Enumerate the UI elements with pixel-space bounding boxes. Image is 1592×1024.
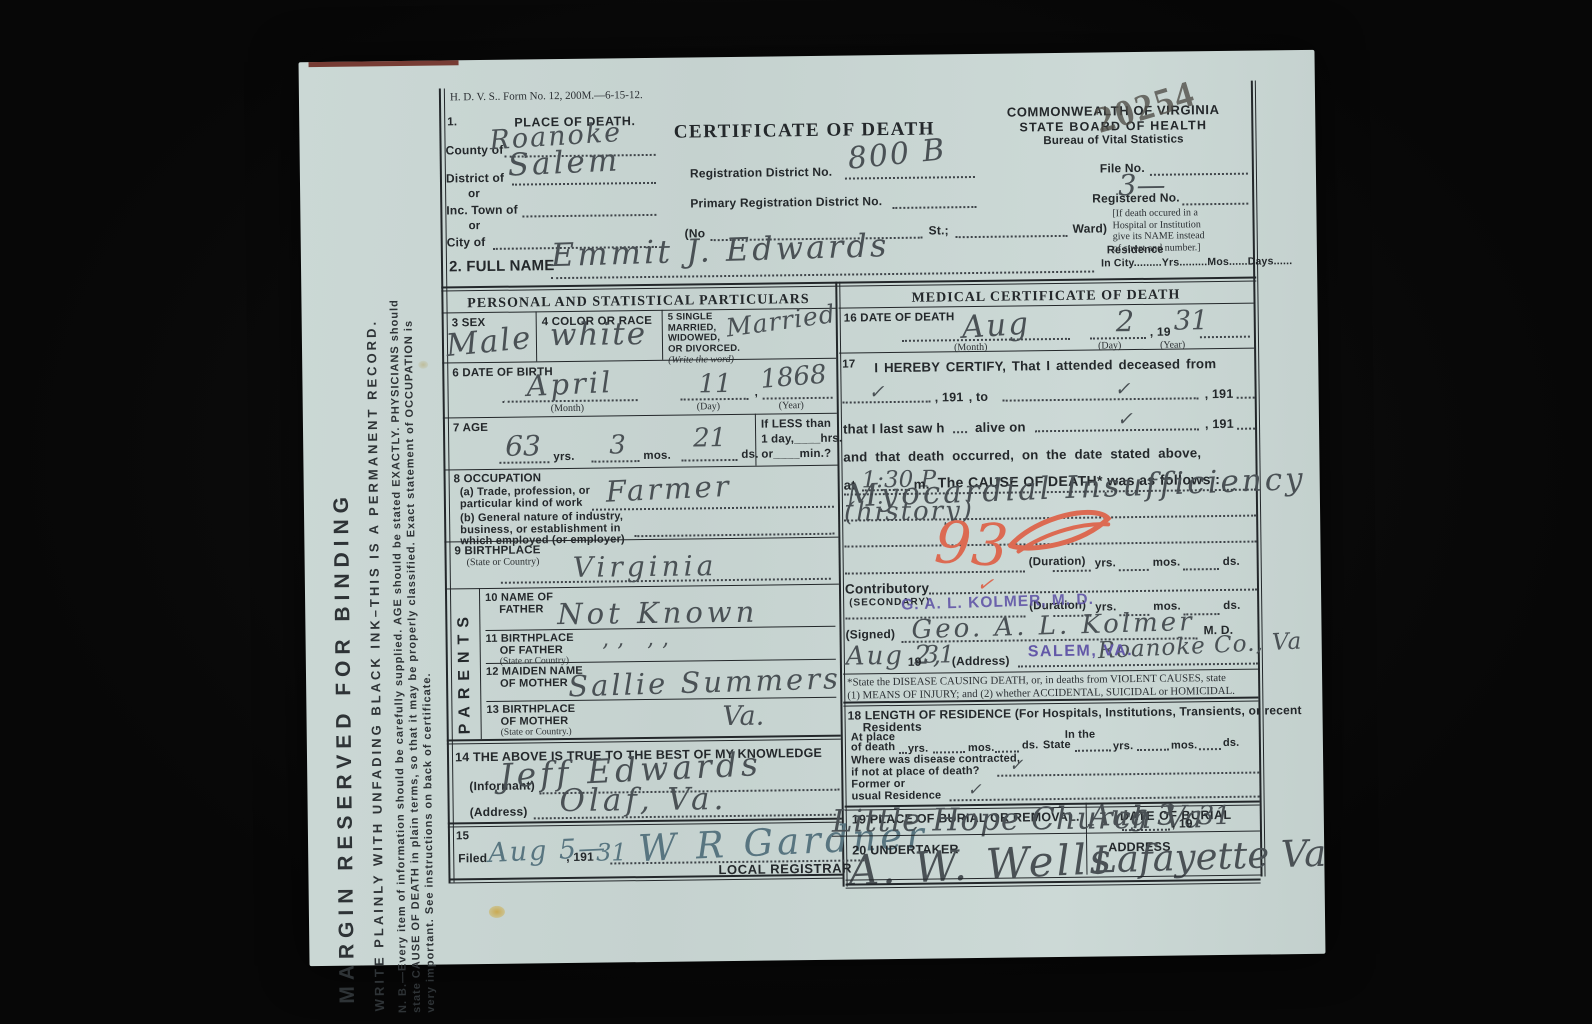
margin-binding-text: MARGIN RESERVED FOR BINDING [330,491,360,1004]
duration-label: (Duration) [1029,556,1086,570]
duration-blank [1053,570,1091,572]
certify-statement-4: and that death occurred, on the date sta… [843,445,1201,465]
check-mark: ✓ [868,381,884,403]
duration-blank [1119,569,1149,571]
father-name-value: Not Known [557,595,758,631]
of-death-label: of death [851,741,896,754]
burial-year-printed: , 19 [1172,817,1193,831]
address-line [1018,663,1258,668]
occ-a-line: particular kind of work [460,497,590,510]
primary-registration-line [892,206,976,209]
mother-birthplace-value: Va. [722,701,764,733]
dob-day-value: 11 [698,369,731,399]
age-months-value: 3 [609,430,626,460]
age-years-unit: yrs. [553,451,574,464]
red-pencil-mark [1004,498,1117,561]
dod-year-line [1200,336,1250,339]
contracted-line: if not at place of death? [851,765,1020,779]
occupation-a-label: (a) Trade, profession, or particular kin… [460,486,591,511]
check-mark: ✓ [1117,408,1133,430]
dob-month-value: April [526,365,614,403]
st-line [956,235,1068,238]
rule [445,584,839,590]
check-mark: ✓ [1009,755,1023,775]
occupation-label: 8 OCCUPATION [454,472,542,486]
printed-191: , 191 [1205,417,1234,432]
cell-divider [662,310,664,360]
district-value: Salem [507,142,621,183]
race-value: white [550,316,648,353]
sex-value: Male [444,320,534,364]
less-than-line: If LESS than [761,417,842,433]
parents-divider [479,588,482,739]
father-name-label: 10 NAME OF FATHER [485,592,553,616]
margin-nb-note: N. B.—Every item of information should b… [387,299,438,1013]
occupation-a-value: Farmer [605,469,732,509]
father-birthplace-label: 11 BIRTHPLACE OF FATHER [486,633,574,657]
binding-residue [309,60,459,67]
signature-year-value: 31 [924,640,955,668]
duration2-ds: ds. [1223,600,1240,613]
or-label: or [468,220,480,233]
margin-write-plainly-text: WRITE PLAINLY WITH UNFADING BLACK INK–TH… [364,319,387,1012]
ward-label: Ward) [1073,222,1108,236]
inc-town-line [522,214,656,218]
printed-191: , 191 [935,390,964,405]
address-label: (Address) [952,655,1010,670]
paper-stain [489,906,505,918]
state-mos: mos. [1171,739,1198,752]
district-label: District of [446,172,504,187]
dod-day-value: 2 [1116,304,1135,338]
certify-item-number: 17 [842,358,855,371]
alive-on-text: alive on [975,419,1026,435]
residence-ds: ds. [1022,739,1039,752]
contracted-blank [997,772,1259,777]
dob-comma: , [755,387,759,400]
occupation-b-label: (b) General nature of industry, business… [460,511,625,548]
burial-year-value: 31 [1198,801,1231,831]
state-ds: ds. [1223,737,1240,750]
age-days-value: 21 [693,423,726,453]
birthplace-value: Virginia [573,549,718,584]
state-yrs: yrs. [1113,740,1134,753]
former-residence-label: Former or usual Residence [851,778,941,802]
scan-background: MARGIN RESERVED FOR BINDING WRITE PLAINL… [0,0,1592,1024]
duration-mos: mos. [1153,557,1181,571]
registration-district-line [845,176,975,180]
undertaker-address-value: Lafayette Va [1092,832,1327,882]
printed-191: , 191 [1205,387,1234,402]
dod-month-value: Aug [961,306,1031,346]
filed-year-printed: , 191 [566,851,594,865]
less-than-line: 1 day,____hrs. [761,432,842,448]
father-label-line: FATHER [485,604,553,616]
cell-divider [755,414,757,466]
certify-blank [1237,428,1255,430]
city-label: City of [447,236,486,250]
in-city-line: In City.........Yrs.........Mos......Day… [1101,255,1292,269]
death-certificate-document: MARGIN RESERVED FOR BINDING WRITE PLAINL… [299,50,1326,966]
duration-ds: ds. [1223,556,1240,569]
certify-blank [843,401,931,404]
residence-blank [1137,749,1169,751]
full-name-value: Emmit J. Edwards [550,226,889,274]
age-line [591,460,639,463]
registration-district-label: Registration District No. [690,166,833,182]
filed-item-number: 15 [456,830,469,843]
item-1-number: 1. [447,116,457,129]
burial-date-value: Aug 3 [1090,798,1176,833]
to-label: , to [969,390,989,405]
birthplace-caption: (State or Country) [467,556,540,568]
dob-month-caption: (Month) [551,403,584,414]
informant-address-label: (Address) [470,805,528,820]
st-label: St.; [929,224,949,238]
age-line [681,459,737,462]
age-months-unit: mos. [643,450,671,464]
salem-address-stamp: SALEM, VA. [1028,642,1134,661]
age-years-value: 63 [505,429,541,462]
residence-blank [1075,749,1111,751]
red-pencil-number: 93 [933,508,1011,580]
duration-yrs: yrs. [1095,557,1116,570]
hospital-note-line: [If death occured in a [1112,207,1204,220]
filed-label: Filed [458,852,487,866]
rule [839,348,1254,354]
contracted-label: Where was disease contracted, if not at … [851,753,1020,778]
residence-label: Residence [1107,244,1164,257]
registered-no-value: 3— [1118,168,1166,203]
certify-blank [1003,397,1199,401]
duration-blank [1183,568,1219,570]
registered-no-line [1182,203,1248,206]
hospital-note-line: give its NAME instead [1113,230,1205,243]
dod-year-printed: , 19 [1150,326,1171,340]
last-saw-text: that I last saw h [843,420,945,436]
parents-label: PARENTS [455,610,475,734]
check-mark: ✓ [1114,378,1130,400]
full-name-label: 2. FULL NAME [449,257,555,276]
or-label: or [468,188,480,201]
dob-day-caption: (Day) [697,401,720,412]
less-than-line: or____min.? [761,447,842,463]
former-line: usual Residence [851,790,941,803]
full-name-line [551,271,1094,280]
informant-address-value: Olaf, Va. [559,781,727,819]
primary-registration-label: Primary Registration District No. [690,195,882,211]
mother-birthplace-caption: (State or Country.) [501,727,572,738]
age-line [499,461,549,464]
certify-blank [1237,397,1255,399]
age-label: 7 AGE [453,422,488,436]
dob-year-value: 1868 [759,360,827,395]
check-mark: ✓ [967,780,981,800]
h-blank [953,431,967,433]
dob-year-caption: (Year) [779,400,804,411]
inc-town-label: Inc. Town of [446,204,518,219]
contributory-label: Contributory [845,581,929,598]
form-number: H. D. V. S.. Form No. 12, 200M.—6-15-12. [450,89,643,105]
state-label: State [1043,739,1071,752]
rule [444,465,838,471]
residence-blank [1199,748,1221,750]
cell-divider [536,311,538,361]
less-than-note: If LESS than 1 day,____hrs. or____min.? [761,417,843,463]
mother-birthplace-label: 13 BIRTHPLACE OF MOTHER [486,704,575,728]
signature-year-printed: 19 [908,656,922,670]
certify-statement-1: I HEREBY CERTIFY, That I attended deceas… [874,356,1216,375]
date-of-death-label: 16 DATE OF DEATH [844,311,955,326]
dod-year-value: 31 [1174,305,1209,336]
